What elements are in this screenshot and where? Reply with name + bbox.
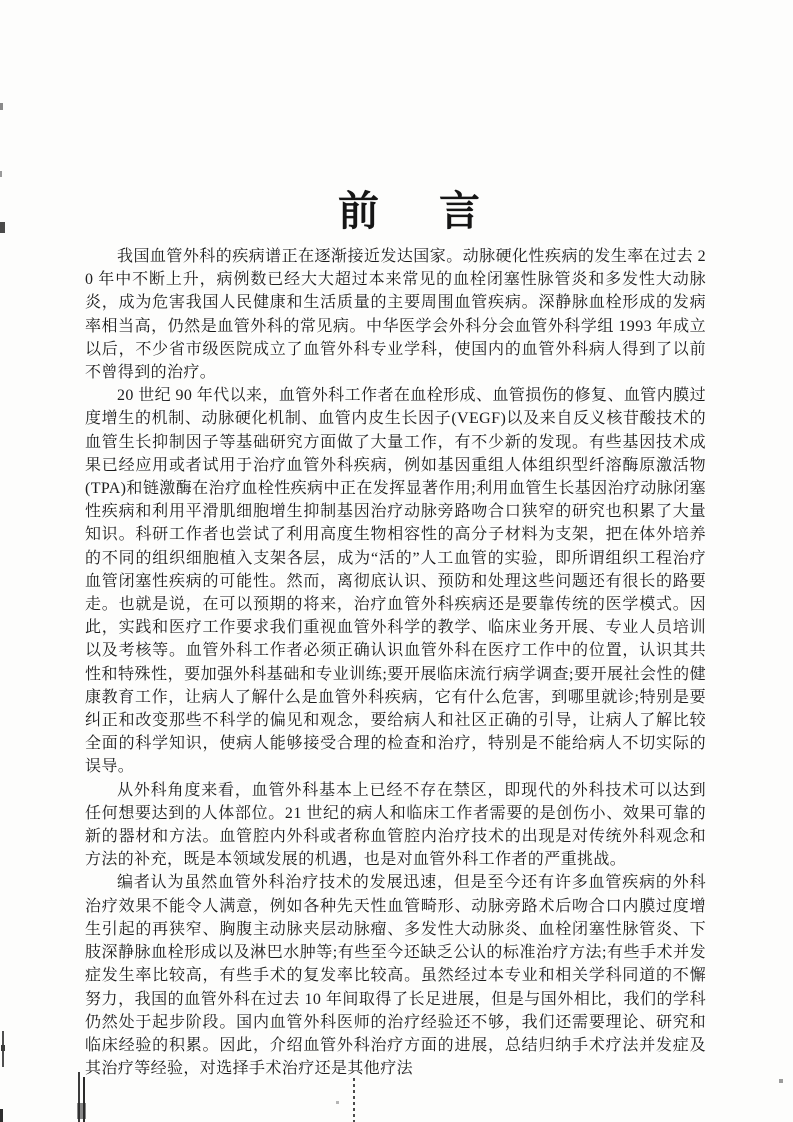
paragraph: 编者认为虽然血管外科治疗技术的发展迅速，但是至今还有许多血管疾病的外科治疗效果不…	[85, 871, 706, 1080]
scan-speck	[0, 1109, 3, 1122]
scan-speck	[0, 103, 3, 110]
scan-speck	[336, 1101, 339, 1104]
scan-speck	[1, 1045, 5, 1051]
scan-ink-blob	[77, 1103, 86, 1119]
scan-fold-dashed-line	[353, 1078, 355, 1122]
scan-edge-line	[2, 1031, 4, 1067]
scanned-book-page: 前言 我国血管外科的疾病谱正在逐渐接近发达国家。动脉硬化性疾病的发生率在过去 2…	[0, 0, 793, 1122]
paragraph: 20 世纪 90 年代以来，血管外科工作者在血栓形成、血管损伤的修复、血管内膜过…	[85, 384, 706, 778]
scan-speck	[0, 171, 2, 177]
preface-title: 前言	[338, 191, 540, 232]
preface-body: 我国血管外科的疾病谱正在逐渐接近发达国家。动脉硬化性疾病的发生率在过去 20 年…	[85, 245, 706, 1080]
paragraph: 从外科角度来看，血管外科基本上已经不存在禁区，即现代的外科技术可以达到任何想要达…	[85, 779, 706, 872]
scan-speck	[779, 1079, 783, 1083]
paragraph: 我国血管外科的疾病谱正在逐渐接近发达国家。动脉硬化性疾病的发生率在过去 20 年…	[85, 245, 706, 384]
scan-binding-line	[83, 1077, 85, 1122]
scan-binding-line	[78, 1072, 80, 1122]
scan-speck	[0, 222, 5, 233]
